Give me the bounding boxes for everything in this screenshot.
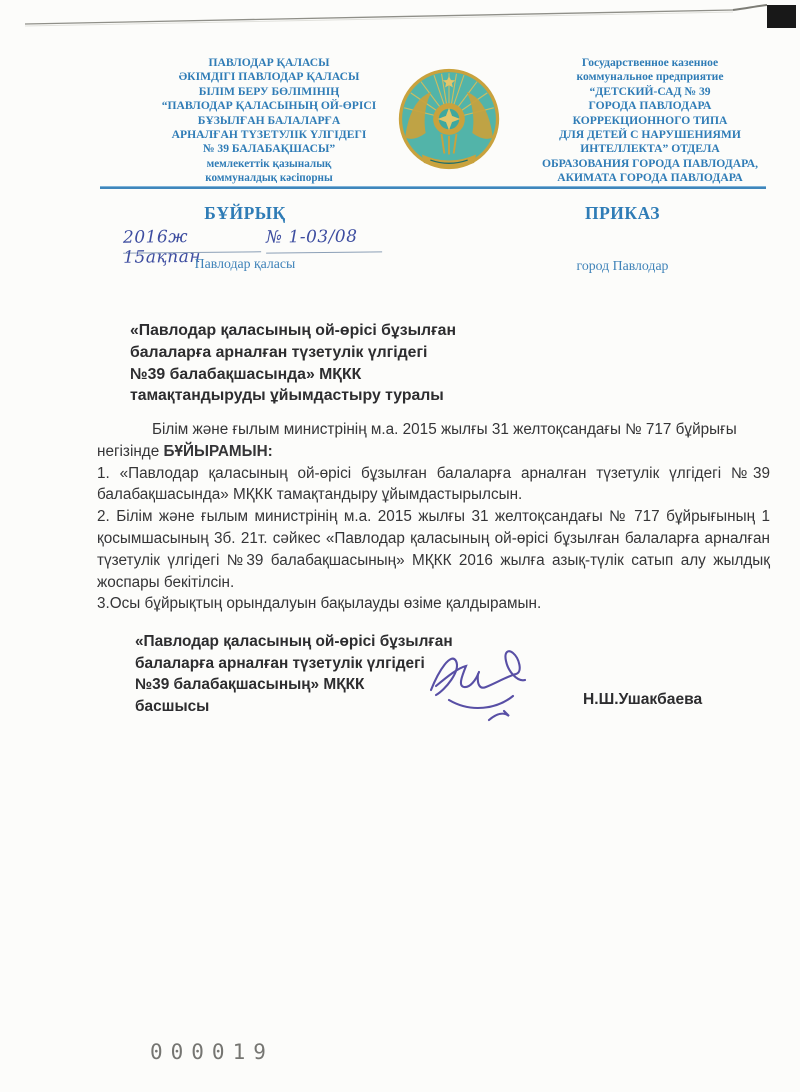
org-header-kazakh: ПАВЛОДАР ҚАЛАСЫ ӘКІМДІГІ ПАВЛОДАР ҚАЛАСЫ… bbox=[118, 56, 420, 186]
order-body: Білім және ғылым министрінің м.а. 2015 ж… bbox=[97, 419, 770, 615]
place-russian: город Павлодар bbox=[520, 258, 725, 274]
scan-corner-mark bbox=[767, 5, 796, 28]
page-stamp-number: 000019 bbox=[150, 1040, 274, 1064]
handwritten-date: 2016ж 15ақпан bbox=[123, 226, 261, 253]
org-header-russian: Государственное казенное коммунальное пр… bbox=[506, 56, 794, 186]
org-type-kazakh: мемлекеттік қазыналық коммуналдық кәсіпо… bbox=[118, 157, 420, 186]
order-subject: «Павлодар қаласының ой-өрісі бұзылған ба… bbox=[130, 320, 510, 407]
kazakhstan-emblem-icon bbox=[393, 57, 505, 181]
handwritten-signature bbox=[423, 638, 563, 733]
org-name-kazakh: ПАВЛОДАР ҚАЛАСЫ ӘКІМДІГІ ПАВЛОДАР ҚАЛАСЫ… bbox=[118, 56, 420, 157]
preamble-line1: Білім және ғылым министрінің м.а. 2015 ж… bbox=[97, 419, 770, 441]
kazakhstan-emblem bbox=[393, 57, 505, 181]
order-preamble: Білім және ғылым министрінің м.а. 2015 ж… bbox=[97, 419, 770, 463]
order-verb: БҰЙЫРАМЫН: bbox=[163, 443, 272, 460]
order-title-russian: ПРИКАЗ bbox=[520, 203, 725, 224]
letterhead-divider bbox=[100, 186, 766, 189]
place-kazakh: Павлодар қаласы bbox=[120, 256, 370, 272]
signatory-name: Н.Ш.Ушакбаева bbox=[583, 691, 702, 709]
order-item-3: 3.Осы бұйрықтың орындалуын бақылауды өзі… bbox=[97, 593, 770, 615]
scan-edge-line bbox=[0, 0, 800, 40]
order-title-kazakh: БҰЙРЫҚ bbox=[120, 203, 370, 224]
preamble-line2: негізінде bbox=[97, 443, 163, 460]
handwritten-order-number: № 1-03/08 bbox=[266, 226, 382, 253]
scanned-order-document: ПАВЛОДАР ҚАЛАСЫ ӘКІМДІГІ ПАВЛОДАР ҚАЛАСЫ… bbox=[0, 0, 800, 1092]
order-item-1: 1. «Павлодар қаласының ой-өрісі бұзылған… bbox=[97, 463, 770, 507]
order-item-2: 2. Білім және ғылым министрінің м.а. 201… bbox=[97, 506, 770, 593]
